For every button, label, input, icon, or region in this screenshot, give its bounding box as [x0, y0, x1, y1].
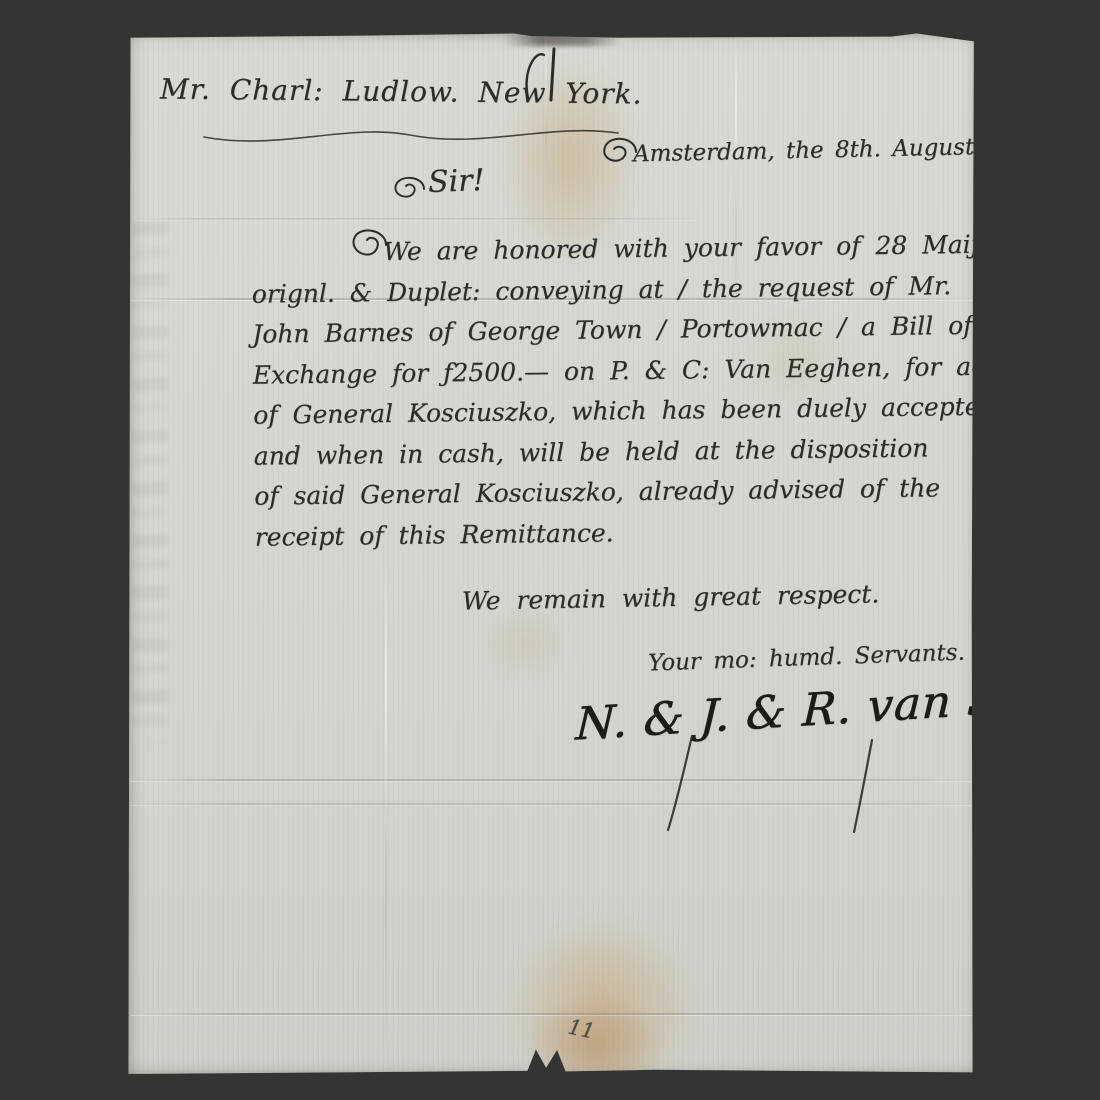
docket-mark: 11 — [566, 1014, 597, 1043]
fold-crease — [130, 1013, 974, 1015]
salutation-flourish — [386, 171, 428, 209]
closing-line: We remain with great respect. — [462, 579, 880, 615]
address-line: Mr. Charl: Ludlow. New York. — [160, 72, 643, 110]
fold-crease — [135, 218, 695, 220]
fold-crease-vertical — [545, 35, 547, 185]
body-line: receipt of this Remittance. — [255, 508, 1022, 558]
fold-crease-vertical — [385, 560, 387, 1065]
letter-sheet: Mr. Charl: Ludlow. New York. Amsterdam, … — [128, 33, 976, 1075]
fold-crease — [130, 803, 974, 805]
stain-bottom-center — [500, 910, 705, 1100]
photograph-background: Mr. Charl: Ludlow. New York. Amsterdam, … — [0, 0, 1100, 1100]
fold-crease — [130, 779, 974, 781]
letter-body: We are honored with your favor of 28 Mai… — [251, 224, 1021, 557]
address-underline-flourish — [198, 111, 628, 155]
dateline: Amsterdam, the 8th. August 1803. — [633, 133, 1052, 168]
salutation: Sir! — [427, 163, 485, 200]
stain-bottom-dark — [520, 995, 670, 1100]
valediction: Your mo: humd. Servants. — [648, 639, 966, 676]
ink-smudge-top-edge — [505, 33, 620, 46]
bleedthrough-writing — [132, 223, 168, 743]
signature-descender-strokes — [640, 730, 910, 840]
